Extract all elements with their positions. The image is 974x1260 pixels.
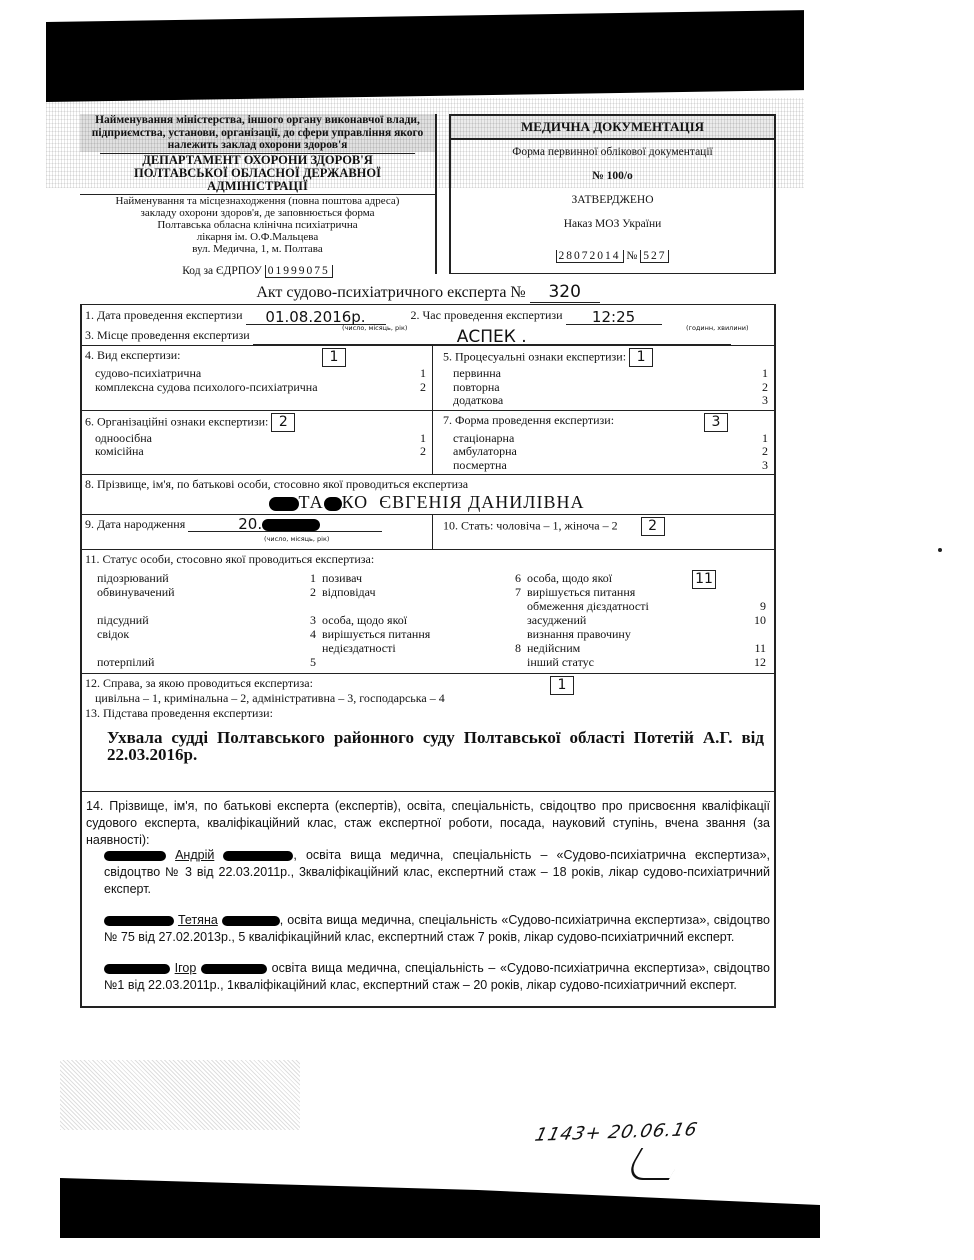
header-right: МЕДИЧНА ДОКУМЕНТАЦІЯ Форма первинної обл… [449, 114, 776, 274]
experts-section: 14. Прізвище, ім'я, по батькові експерта… [82, 791, 774, 1006]
exam-type-section: 4. Вид експертизи: 1 судово-психіатрична… [82, 346, 432, 410]
case-and-basis-section: 12. Справа, за якою проводиться експерти… [82, 673, 774, 791]
organizational-box[interactable]: 2 [271, 413, 295, 432]
expert-entry[interactable]: Ігор освіта вища медична, спеціальність … [86, 960, 770, 994]
header-left: Найменування міністерства, іншого органу… [80, 114, 437, 274]
order-ref: 28072014 № 527 [451, 236, 774, 269]
procedural-box[interactable]: 1 [629, 348, 653, 367]
redaction [269, 497, 299, 511]
field-9-10-row: 9. Дата народження 20. (число, місяць, р… [82, 514, 774, 549]
scan-shadow-top [46, 10, 804, 102]
exam-time-field[interactable]: 12:25 [566, 310, 662, 325]
exam-type-box[interactable]: 1 [322, 348, 346, 367]
form-number: № 100/о [451, 164, 774, 188]
expert-entry[interactable]: Андрій , освіта вища медична, спеціальні… [86, 847, 770, 898]
sex-section: 10. Стать: чоловіча – 1, жіноча – 2 2 [432, 515, 774, 549]
edrpou-row: Код за ЄДРПОУ 01999075 [80, 265, 435, 279]
field-4-5-row: 4. Вид експертизи: 1 судово-психіатрична… [82, 345, 774, 410]
medical-form: Найменування міністерства, іншого органу… [80, 114, 776, 1008]
approved-label: ЗАТВЕРДЖЕНО [451, 188, 774, 212]
form-of-exam-box[interactable]: 3 [704, 413, 728, 432]
signature-mark [623, 1148, 687, 1180]
organizational-section: 6. Організаційні ознаки експертизи: 2 од… [82, 411, 432, 475]
status-section: 11. Статус особи, стосовно якої проводит… [82, 549, 774, 673]
birth-date-field[interactable]: 20. [188, 517, 382, 532]
status-options: підозрюваний1позивач6особа, щодо якої об… [85, 567, 768, 671]
exam-basis-text[interactable]: Ухвала судді Полтавського районного суду… [85, 721, 768, 763]
form-body: 1. Дата проведення експертизи 01.08.2016… [80, 304, 776, 1008]
sex-box[interactable]: 2 [641, 517, 665, 536]
institution-name: Полтавська обласна клінічна психіатрична… [80, 219, 435, 255]
form-header: Найменування міністерства, іншого органу… [80, 114, 776, 274]
form-of-exam-section: 7. Форма проведення експертизи: 3 стаціо… [432, 411, 774, 475]
ministry-label: Найменування міністерства, іншого органу… [80, 114, 435, 152]
scan-speck [938, 548, 942, 552]
scan-shadow-bottom [60, 1178, 820, 1238]
subject-name-section: 8. Прізвище, ім'я, по батькові особи, ст… [82, 474, 774, 514]
status-box[interactable]: 11 [692, 570, 716, 589]
redaction [324, 497, 342, 511]
medical-documentation-title: МЕДИЧНА ДОКУМЕНТАЦІЯ [451, 116, 774, 140]
act-title: Акт судово-психіатричного експерта № 320 [80, 282, 776, 304]
subject-name[interactable]: ТАКО ЄВГЕНІЯ ДАНИЛІВНА [85, 492, 768, 512]
field-1-2-row: 1. Дата проведення експертизи 01.08.2016… [82, 305, 774, 325]
procedural-section: 5. Процесуальні ознаки експертизи: 1 пер… [432, 346, 774, 410]
field-6-7-row: 6. Організаційні ознаки експертизи: 2 од… [82, 410, 774, 475]
order-label: Наказ МОЗ України [451, 212, 774, 236]
field-3-row: 3. Місце проведення експертизи АСПЕК . [82, 325, 774, 345]
edrpou-code: 01999075 [265, 265, 333, 279]
department-name: ДЕПАРТАМЕНТ ОХОРОНИ ЗДОРОВ'Я ПОЛТАВСЬКОЇ… [100, 153, 415, 193]
act-number[interactable]: 320 [530, 282, 600, 303]
case-type-box[interactable]: 1 [550, 676, 574, 695]
expert-entry[interactable]: Тетяна , освіта вища медична, спеціальні… [86, 912, 770, 946]
form-label: Форма первинної облікової документації [451, 140, 774, 164]
scan-noise-bottom [60, 1060, 300, 1130]
exam-place-field[interactable]: АСПЕК . [253, 330, 731, 345]
institution-label: Найменування та місцезнаходження (повна … [80, 194, 435, 219]
order-date: 28072014 [556, 250, 624, 263]
birth-date-section: 9. Дата народження 20. (число, місяць, р… [82, 515, 432, 549]
handwritten-note: 1143+ 20.06.16 [533, 1119, 700, 1146]
order-number: 527 [640, 250, 669, 263]
